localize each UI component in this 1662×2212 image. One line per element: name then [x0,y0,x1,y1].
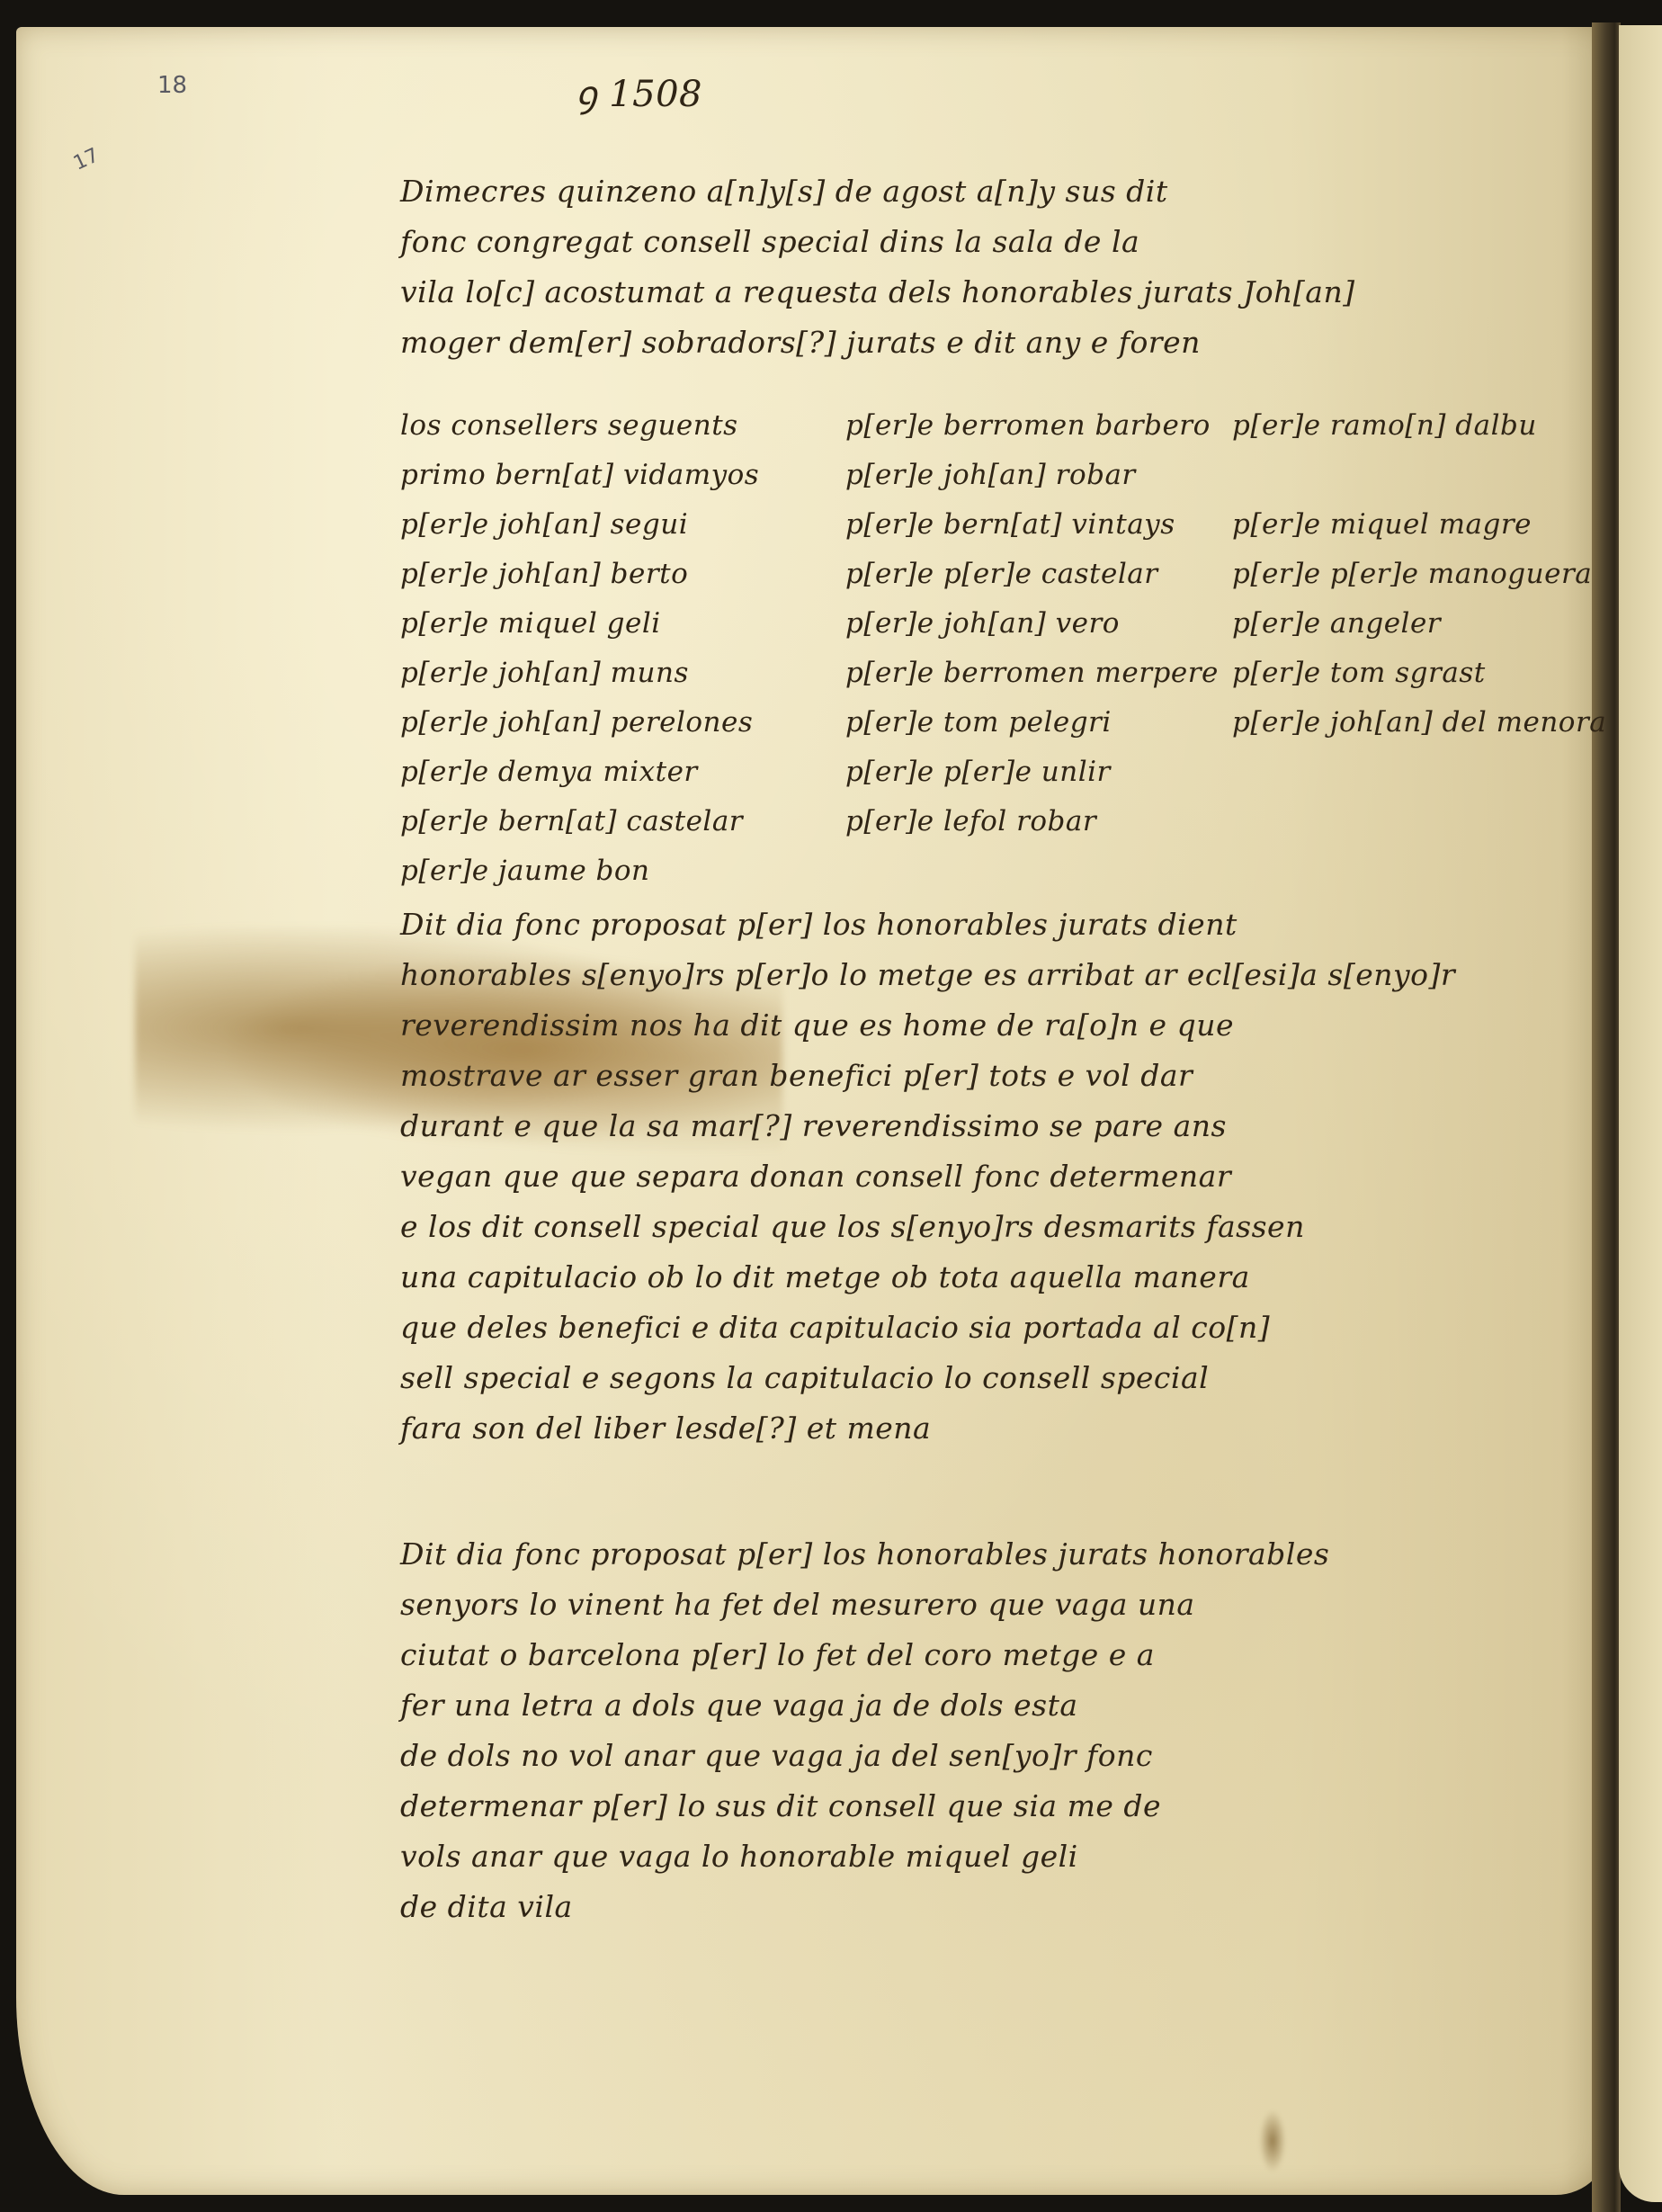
text-line: de dols no vol anar que vaga ja del sen[… [400,1731,1533,1781]
member-name: p[er]e joh[an] del menora [1232,706,1606,756]
text-line: Dit dia fonc proposat p[er] los honorabl… [400,1529,1533,1580]
text-line: vegan que que separa donan consell fonc … [400,1151,1533,1202]
paragraph-1: Dimecres quinzeno a[n]y[s] de agost a[n]… [400,166,1533,418]
text-line: durant e que la sa mar[?] reverendissimo… [400,1101,1533,1151]
year-heading: ꝯ 1508 [576,67,702,117]
folio-number: 18 [157,72,187,99]
member-name: p[er]e tom sgrast [1232,657,1606,706]
member-name: p[er]e joh[an] robar [845,459,1219,508]
member-name: p[er]e joh[an] vero [845,607,1219,657]
paragraph-3: Dit dia fonc proposat p[er] los honorabl… [400,1529,1533,1932]
ink-blot [1259,2109,1286,2172]
text-line: una capitulacio ob lo dit metge ob tota … [400,1252,1533,1303]
member-name: p[er]e berromen barbero [845,409,1219,459]
text-line: vols anar que vaga lo honorable miquel g… [400,1831,1533,1882]
member-name: p[er]e ramo[n] dalbu [1232,409,1606,459]
text-line: fer una letra a dols que vaga ja de dols… [400,1680,1533,1731]
member-name: p[er]e bern[at] vintays [845,508,1219,558]
text-line: e los dit consell special que los s[enyo… [400,1202,1533,1252]
text-line: ciutat o barcelona p[er] lo fet del coro… [400,1630,1533,1680]
text-line: reverendissim nos ha dit que es home de … [400,1000,1533,1051]
paragraph-2: Dit dia fonc proposat p[er] los honorabl… [400,900,1533,1454]
text-line: vila lo[c] acostumat a requesta dels hon… [400,267,1533,318]
member-name: p[er]e p[er]e castelar [845,558,1219,607]
text-line: sell special e segons la capitulacio lo … [400,1353,1533,1403]
adjacent-page-edge [1619,25,1662,2202]
text-line: que deles benefici e dita capitulacio si… [400,1303,1533,1353]
member-name: p[er]e demya mixter [400,756,759,805]
text-line: de dita vila [400,1882,1533,1932]
text-line: Dit dia fonc proposat p[er] los honorabl… [400,900,1533,950]
text-line: senyors lo vinent ha fet del mesurero qu… [400,1580,1533,1630]
member-name: p[er]e miquel magre [1232,508,1606,558]
text-line: moger dem[er] sobradors[?] jurats e dit … [400,318,1533,368]
text-line: mostrave ar esser gran benefici p[er] to… [400,1051,1533,1101]
members-column-c: p[er]e ramo[n] dalbu p[er]e miquel magre… [1232,409,1606,756]
member-name: p[er]e tom pelegri [845,706,1219,756]
member-name: p[er]e lefol robar [845,805,1219,855]
text-line: determenar p[er] lo sus dit consell que … [400,1781,1533,1831]
member-name: p[er]e jaume bon [400,855,759,904]
member-name: p[er]e joh[an] muns [400,657,759,706]
binding-gutter [1592,22,1621,2212]
member-name: p[er]e miquel geli [400,607,759,657]
member-name: p[er]e p[er]e manoguera [1232,558,1606,607]
member-name: p[er]e bern[at] castelar [400,805,759,855]
text-line: honorables s[enyo]rs p[er]o lo metge es … [400,950,1533,1000]
member-name: p[er]e berromen merpere [845,657,1219,706]
member-name: p[er]e joh[an] segui [400,508,759,558]
member-name: p[er]e angeler [1232,607,1606,657]
text-line: Dimecres quinzeno a[n]y[s] de agost a[n]… [400,166,1533,217]
member-name: p[er]e p[er]e unlir [845,756,1219,805]
text-line: fonc congregat consell special dins la s… [400,217,1533,267]
member-name: p[er]e joh[an] berto [400,558,759,607]
members-column-a: los consellers seguents primo bern[at] v… [400,409,759,904]
member-name: p[er]e joh[an] perelones [400,706,759,756]
spacer [1232,459,1606,508]
members-column-b: p[er]e berromen barbero p[er]e joh[an] r… [845,409,1219,855]
member-name: primo bern[at] vidamyos [400,459,759,508]
intro-line: los consellers seguents [400,409,759,459]
text-line: fara son del liber lesde[?] et mena [400,1403,1533,1454]
